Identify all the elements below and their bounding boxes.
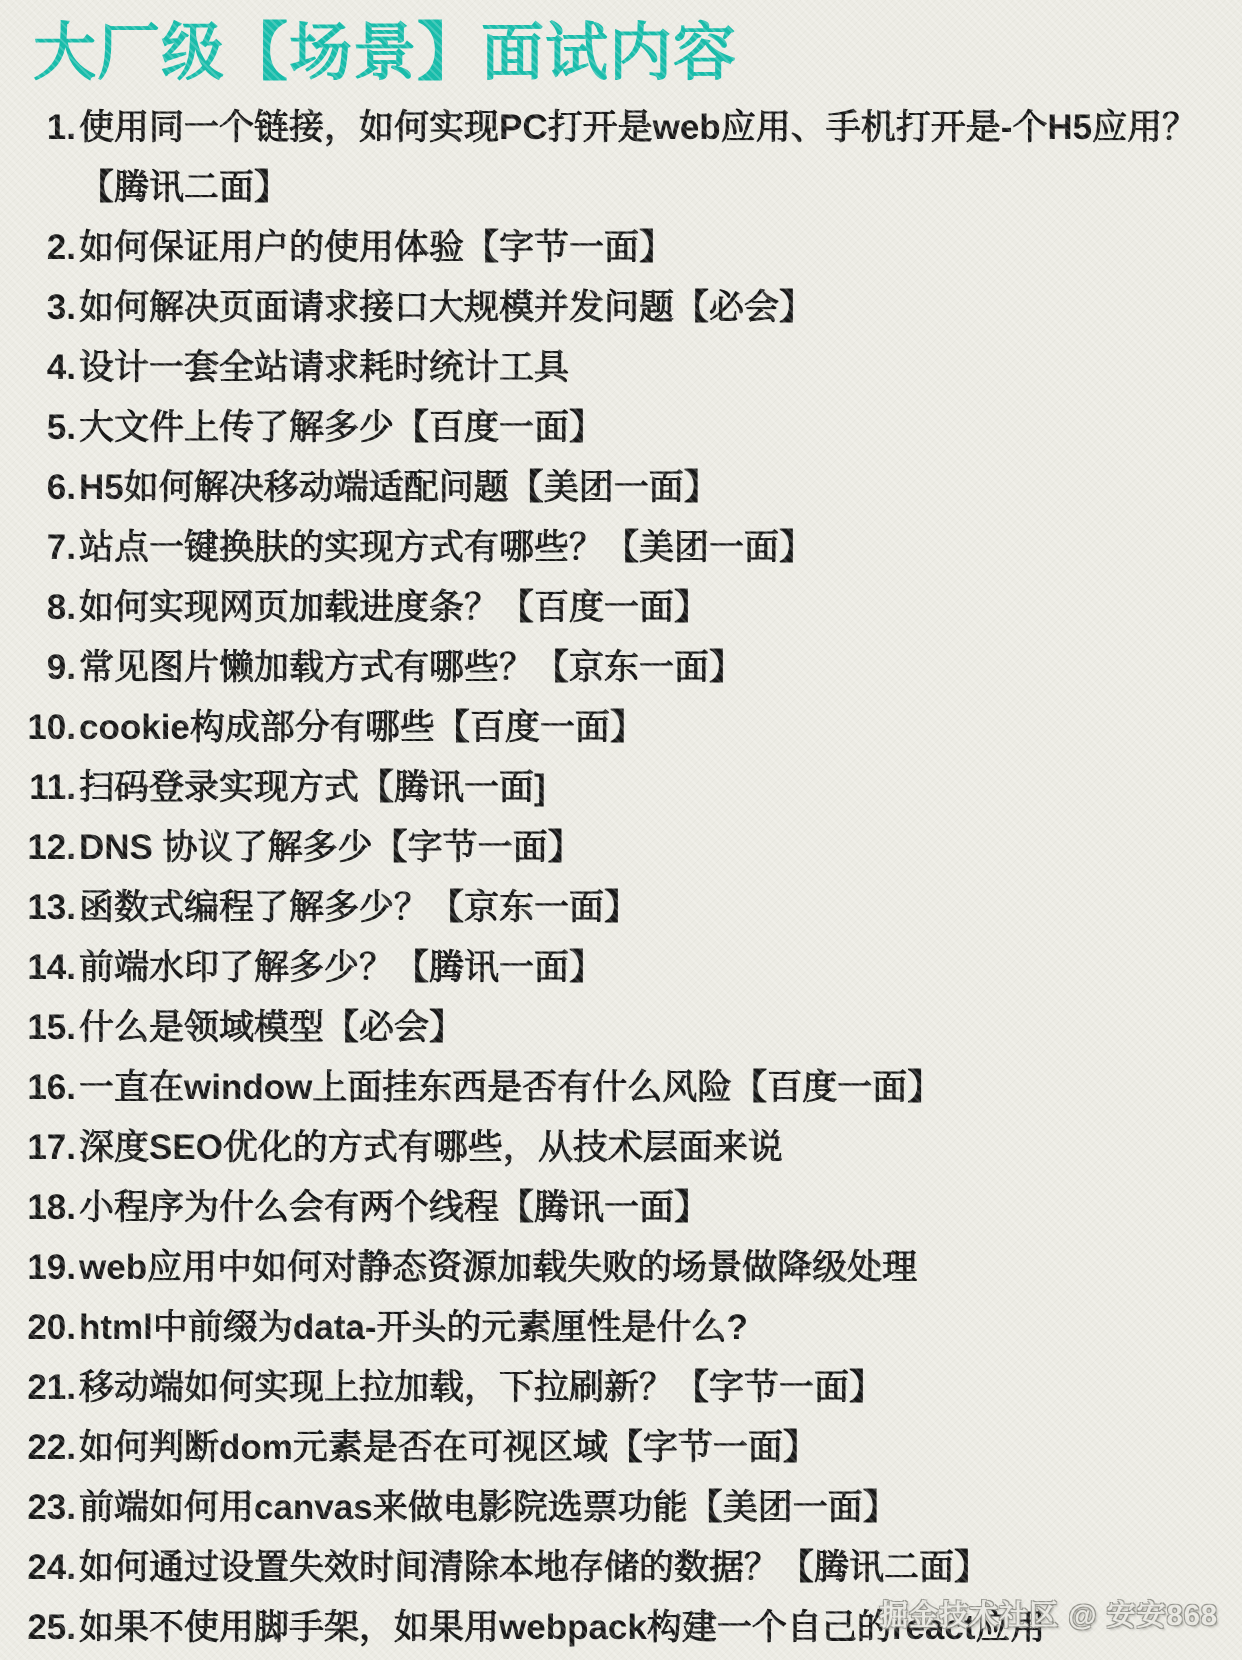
item-number: 15. <box>0 998 76 1058</box>
item-number: 6. <box>0 458 76 518</box>
list-item: 16.一直在window上面挂东西是否有什么风险【百度一面】 <box>0 1058 1216 1118</box>
list-item: 5.大文件上传了解多少【百度一面】 <box>0 398 1216 458</box>
page-title: 大厂级【场景】面试内容 <box>33 20 1242 86</box>
item-number: 20. <box>0 1298 76 1358</box>
list-item: 8.如何实现网页加载进度条？【百度一面】 <box>0 578 1216 638</box>
item-number: 2. <box>0 218 76 278</box>
item-number: 23. <box>0 1478 76 1538</box>
list-item: 19.web应用中如何对静态资源加载失败的场景做降级处理 <box>0 1238 1216 1298</box>
item-text: 什么是领域模型【必会】 <box>76 998 1216 1058</box>
item-text: DNS 协议了解多少【字节一面】 <box>76 818 1216 878</box>
list-item: 2.如何保证用户的使用体验【字节一面】 <box>0 218 1216 278</box>
item-number: 9. <box>0 638 76 698</box>
item-number: 4. <box>0 338 76 398</box>
list-item: 18.小程序为什么会有两个线程【腾讯一面】 <box>0 1178 1216 1238</box>
item-text: 一直在window上面挂东西是否有什么风险【百度一面】 <box>76 1058 1216 1118</box>
item-text: 站点一键换肤的实现方式有哪些？【美团一面】 <box>76 518 1216 578</box>
item-text: 如何保证用户的使用体验【字节一面】 <box>76 218 1216 278</box>
list-item: 6.H5如何解决移动端适配问题【美团一面】 <box>0 458 1216 518</box>
list-item: 17.深度SEO优化的方式有哪些，从技术层面来说 <box>0 1118 1216 1178</box>
item-text: 深度SEO优化的方式有哪些，从技术层面来说 <box>76 1118 1216 1178</box>
item-number: 17. <box>0 1118 76 1178</box>
infographic-page: 大厂级【场景】面试内容 1.使用同一个链接，如何实现PC打开是web应用、手机打… <box>0 0 1242 1660</box>
item-text: 如何解决页面请求接口大规模并发问题【必会】 <box>76 278 1216 338</box>
item-text: 移动端如何实现上拉加载，下拉刷新？【字节一面】 <box>76 1358 1216 1418</box>
item-text: 如何实现网页加载进度条？【百度一面】 <box>76 578 1216 638</box>
item-text: html中前缀为data-开头的元素厘性是什么? <box>76 1298 1216 1358</box>
item-text: 设计一套全站请求耗时统计工具 <box>76 338 1216 398</box>
list-item: 11.扫码登录实现方式【腾讯一面] <box>0 758 1216 818</box>
question-list: 1.使用同一个链接，如何实现PC打开是web应用、手机打开是-个H5应用？【腾讯… <box>0 98 1242 1658</box>
list-item: 13.函数式编程了解多少？【京东一面】 <box>0 878 1216 938</box>
item-text: 使用同一个链接，如何实现PC打开是web应用、手机打开是-个H5应用？【腾讯二面… <box>76 98 1216 218</box>
item-number: 19. <box>0 1238 76 1298</box>
item-number: 18. <box>0 1178 76 1238</box>
item-text: 小程序为什么会有两个线程【腾讯一面】 <box>76 1178 1216 1238</box>
item-number: 5. <box>0 398 76 458</box>
item-number: 25. <box>0 1598 76 1658</box>
item-text: 如何通过设置失效时间清除本地存储的数据？【腾讯二面】 <box>76 1538 1216 1598</box>
item-number: 22. <box>0 1418 76 1478</box>
list-item: 21.移动端如何实现上拉加载，下拉刷新？【字节一面】 <box>0 1358 1216 1418</box>
item-number: 13. <box>0 878 76 938</box>
list-item: 20.html中前缀为data-开头的元素厘性是什么? <box>0 1298 1216 1358</box>
item-text: 如何判断dom元素是否在可视区域【字节一面】 <box>76 1418 1216 1478</box>
item-number: 7. <box>0 518 76 578</box>
item-text: cookie构成部分有哪些【百度一面】 <box>76 698 1216 758</box>
list-item: 12.DNS 协议了解多少【字节一面】 <box>0 818 1216 878</box>
item-number: 1. <box>0 98 76 158</box>
list-item: 7.站点一键换肤的实现方式有哪些？【美团一面】 <box>0 518 1216 578</box>
item-number: 8. <box>0 578 76 638</box>
item-number: 21. <box>0 1358 76 1418</box>
item-text: 常见图片懒加载方式有哪些？【京东一面】 <box>76 638 1216 698</box>
item-number: 24. <box>0 1538 76 1598</box>
list-item: 14.前端水印了解多少？【腾讯一面】 <box>0 938 1216 998</box>
list-item: 1.使用同一个链接，如何实现PC打开是web应用、手机打开是-个H5应用？【腾讯… <box>0 98 1216 218</box>
list-item: 22.如何判断dom元素是否在可视区域【字节一面】 <box>0 1418 1216 1478</box>
item-number: 3. <box>0 278 76 338</box>
item-text: 函数式编程了解多少？【京东一面】 <box>76 878 1216 938</box>
item-text: web应用中如何对静态资源加载失败的场景做降级处理 <box>76 1238 1216 1298</box>
list-item: 15.什么是领域模型【必会】 <box>0 998 1216 1058</box>
item-number: 12. <box>0 818 76 878</box>
item-number: 16. <box>0 1058 76 1118</box>
list-item: 10.cookie构成部分有哪些【百度一面】 <box>0 698 1216 758</box>
list-item: 4.设计一套全站请求耗时统计工具 <box>0 338 1216 398</box>
list-item: 23.前端如何用canvas来做电影院选票功能【美团一面】 <box>0 1478 1216 1538</box>
item-text: 扫码登录实现方式【腾讯一面] <box>76 758 1216 818</box>
item-text: 大文件上传了解多少【百度一面】 <box>76 398 1216 458</box>
item-text: H5如何解决移动端适配问题【美团一面】 <box>76 458 1216 518</box>
item-number: 10. <box>0 698 76 758</box>
list-item: 3.如何解决页面请求接口大规模并发问题【必会】 <box>0 278 1216 338</box>
list-item: 9.常见图片懒加载方式有哪些？【京东一面】 <box>0 638 1216 698</box>
item-text: 前端水印了解多少？【腾讯一面】 <box>76 938 1216 998</box>
item-text: 前端如何用canvas来做电影院选票功能【美团一面】 <box>76 1478 1216 1538</box>
item-number: 11. <box>0 758 76 818</box>
item-number: 14. <box>0 938 76 998</box>
list-item: 24.如何通过设置失效时间清除本地存储的数据？【腾讯二面】 <box>0 1538 1216 1598</box>
watermark: 掘金技术社区 @ 安安868 <box>879 1593 1218 1634</box>
